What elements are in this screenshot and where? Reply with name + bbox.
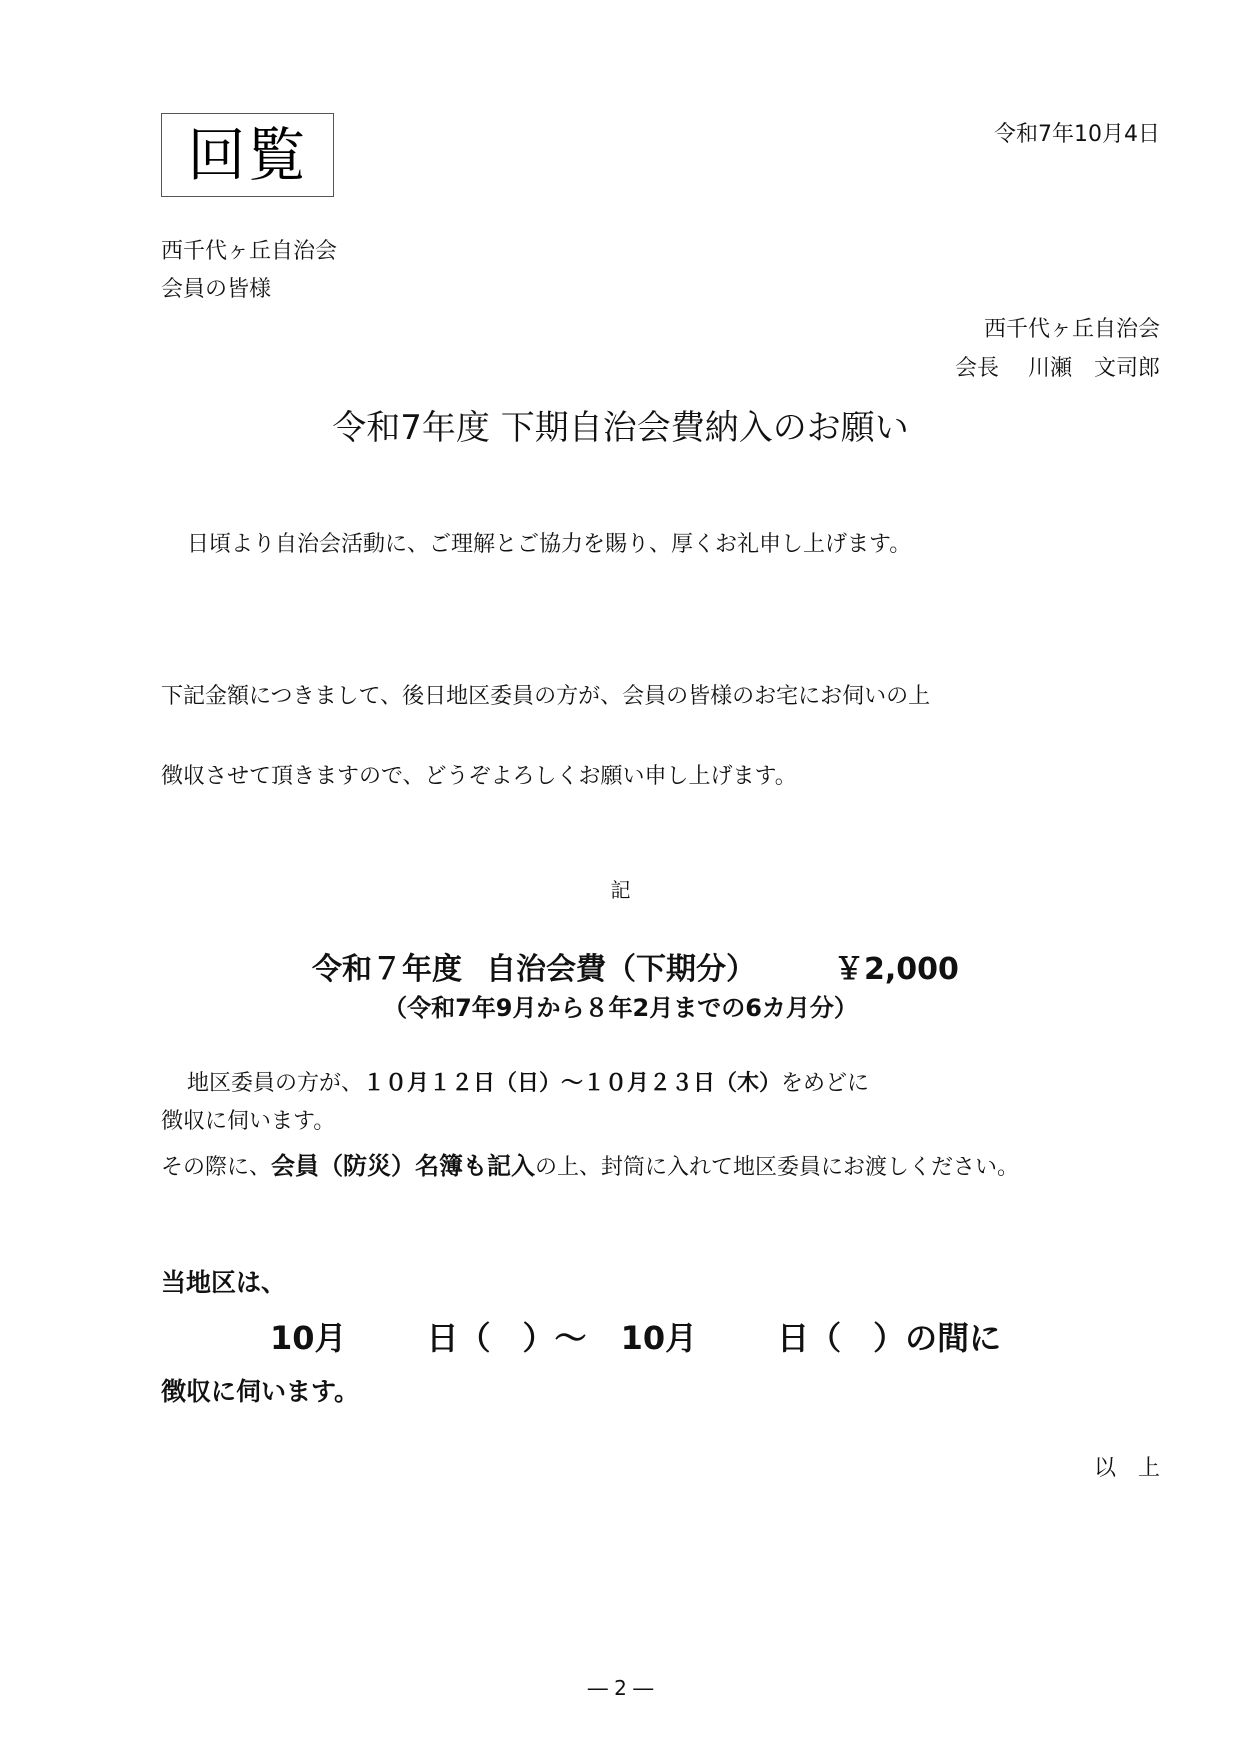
start-day: 日（ ）～ xyxy=(427,1313,587,1359)
collection-line-3-pre: その際に、 xyxy=(161,1155,271,1180)
fee-year: 令和７年度 xyxy=(312,952,462,987)
recipient-members: 会員の皆様 xyxy=(161,272,271,303)
circulation-stamp: 回覧 xyxy=(161,113,334,197)
roster-note: 会員（防災）名簿も記入 xyxy=(271,1152,535,1180)
page-number: ― 2 ― xyxy=(0,1676,1241,1700)
end-month: 10月 xyxy=(621,1313,698,1359)
collection-line-1-pre: 地区委員の方が、 xyxy=(187,1071,363,1096)
start-month: 10月 xyxy=(270,1313,347,1359)
collection-line-1: 地区委員の方が、１０月１２日（日）～１０月２３日（木）をめどに xyxy=(187,1066,869,1097)
document-date: 令和7年10月4日 xyxy=(994,117,1160,148)
body-line-2: 徴収させて頂きますので、どうぞよろしくお願い申し上げます。 xyxy=(161,759,797,790)
fee-line: 令和７年度自治会費（下期分）￥2,000 xyxy=(312,944,959,988)
circulation-stamp-text: 回覧 xyxy=(187,126,307,184)
collection-line-1-post: をめどに xyxy=(781,1071,869,1096)
fee-amount: ￥2,000 xyxy=(834,952,959,987)
collection-dates: １０月１２日（日）～１０月２３日（木） xyxy=(363,1071,781,1096)
sender-org: 西千代ヶ丘自治会 xyxy=(984,312,1160,343)
collection-line-3: その際に、会員（防災）名簿も記入の上、封筒に入れて地区委員にお渡しください。 xyxy=(161,1146,1019,1181)
ki-heading: 記 xyxy=(0,874,1241,903)
fee-period: （令和7年9月から８年2月までの6カ月分） xyxy=(0,988,1241,1023)
district-outro: 徴収に伺います。 xyxy=(161,1372,359,1408)
closing: 以 上 xyxy=(1094,1451,1160,1482)
greeting: 日頃より自治会活動に、ご理解とご協力を賜り、厚くお礼申し上げます。 xyxy=(187,527,911,558)
end-day: 日（ ）の間に xyxy=(777,1313,1001,1359)
sender-name: 会長 川瀬 文司郎 xyxy=(955,351,1160,382)
document-title: 令和7年度 下期自治会費納入のお願い xyxy=(0,400,1241,449)
body-line-1: 下記金額につきまして、後日地区委員の方が、会員の皆様のお宅にお伺いの上 xyxy=(161,679,930,710)
collection-line-3-post: の上、封筒に入れて地区委員にお渡しください。 xyxy=(535,1155,1019,1180)
district-dates: 10月日（ ）～10月日（ ）の間に xyxy=(270,1313,1001,1359)
fee-item: 自治会費（下期分） xyxy=(486,952,756,987)
collection-line-2: 徴収に伺います。 xyxy=(161,1104,335,1135)
district-intro: 当地区は、 xyxy=(161,1263,286,1299)
recipient-org: 西千代ヶ丘自治会 xyxy=(161,234,337,265)
